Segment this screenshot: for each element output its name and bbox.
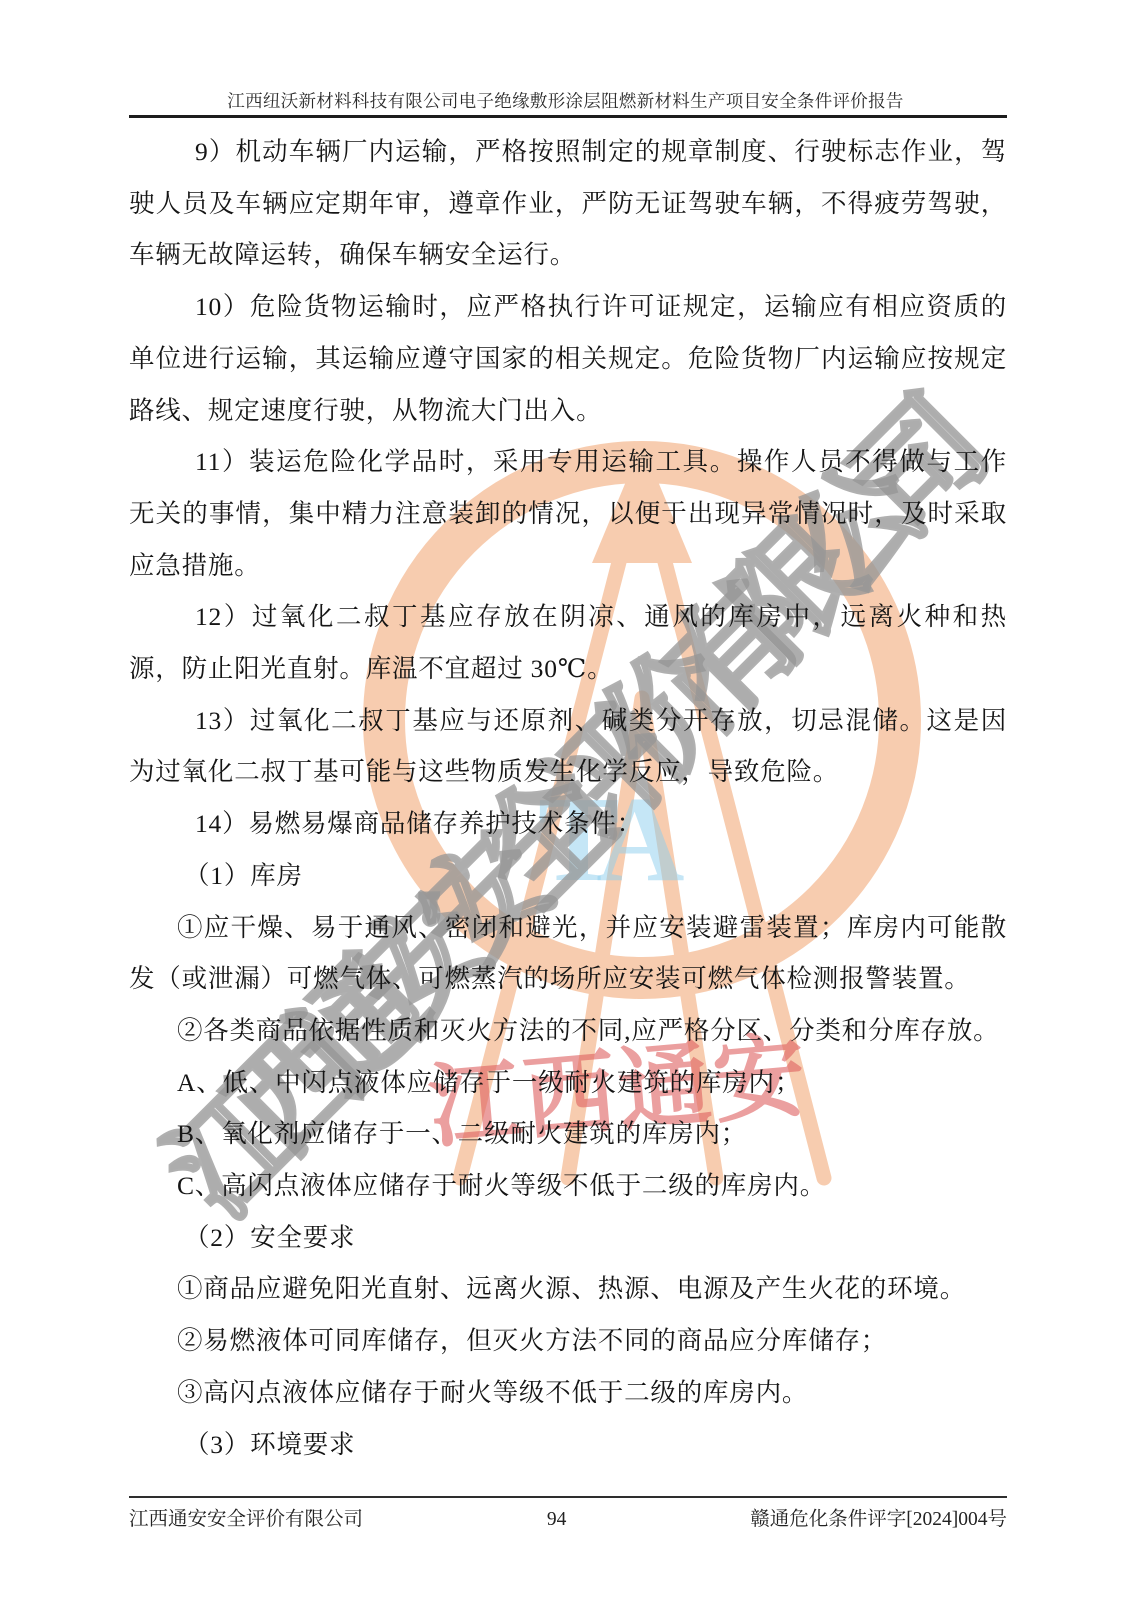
paragraph: 12）过氧化二叔丁基应存放在阴凉、通风的库房中，远离火种和热源，防止阳光直射。库… — [129, 591, 1007, 694]
document-body: 9）机动车辆厂内运输，严格按照制定的规章制度、行驶标志作业，驾驶人员及车辆应定期… — [129, 126, 1007, 1470]
document-page: TA 江西通安安全评价有限公司 江西通安 江西纽沃新材料科技有限公司电子绝缘敷形… — [0, 0, 1131, 1600]
footer-company: 江西通安安全评价有限公司 — [129, 1503, 363, 1531]
paragraph: ①商品应避免阳光直射、远离火源、热源、电源及产生火花的环境。 — [129, 1263, 1007, 1315]
footer-rule — [129, 1496, 1007, 1498]
paragraph: ③高闪点液体应储存于耐火等级不低于二级的库房内。 — [129, 1367, 1007, 1419]
footer-doc-number: 赣通危化条件评字[2024]004号 — [750, 1503, 1007, 1531]
header-rule — [129, 115, 1007, 118]
paragraph: 9）机动车辆厂内运输，严格按照制定的规章制度、行驶标志作业，驾驶人员及车辆应定期… — [129, 126, 1007, 281]
paragraph: ②易燃液体可同库储存，但灭火方法不同的商品应分库储存； — [129, 1315, 1007, 1367]
paragraph: A、低、中闪点液体应储存于一级耐火建筑的库房内； — [129, 1057, 1007, 1109]
paragraph: C、高闪点液体应储存于耐火等级不低于二级的库房内。 — [129, 1160, 1007, 1212]
paragraph: 10）危险货物运输时，应严格执行许可证规定，运输应有相应资质的单位进行运输，其运… — [129, 281, 1007, 436]
paragraph: （2）安全要求 — [129, 1212, 1007, 1264]
paragraph: 14）易燃易爆商品储存养护技术条件： — [129, 798, 1007, 850]
paragraph: B、氧化剂应储存于一、二级耐火建筑的库房内； — [129, 1108, 1007, 1160]
paragraph: ①应干燥、易于通风、密闭和避光，并应安装避雷装置；库房内可能散发（或泄漏）可燃气… — [129, 902, 1007, 1005]
page-header-title: 江西纽沃新材料科技有限公司电子绝缘敷形涂层阻燃新材料生产项目安全条件评价报告 — [0, 88, 1131, 113]
page-number: 94 — [547, 1509, 567, 1531]
paragraph: 11）装运危险化学品时，采用专用运输工具。操作人员不得做与工作无关的事情，集中精… — [129, 436, 1007, 591]
paragraph: （3）环境要求 — [129, 1419, 1007, 1471]
paragraph: 13）过氧化二叔丁基应与还原剂、碱类分开存放，切忌混储。这是因为过氧化二叔丁基可… — [129, 695, 1007, 798]
footer: 江西通安安全评价有限公司 94 赣通危化条件评字[2024]004号 — [129, 1503, 1007, 1531]
paragraph: ②各类商品依据性质和灭火方法的不同,应严格分区、分类和分库存放。 — [129, 1005, 1007, 1057]
paragraph: （1）库房 — [129, 850, 1007, 902]
